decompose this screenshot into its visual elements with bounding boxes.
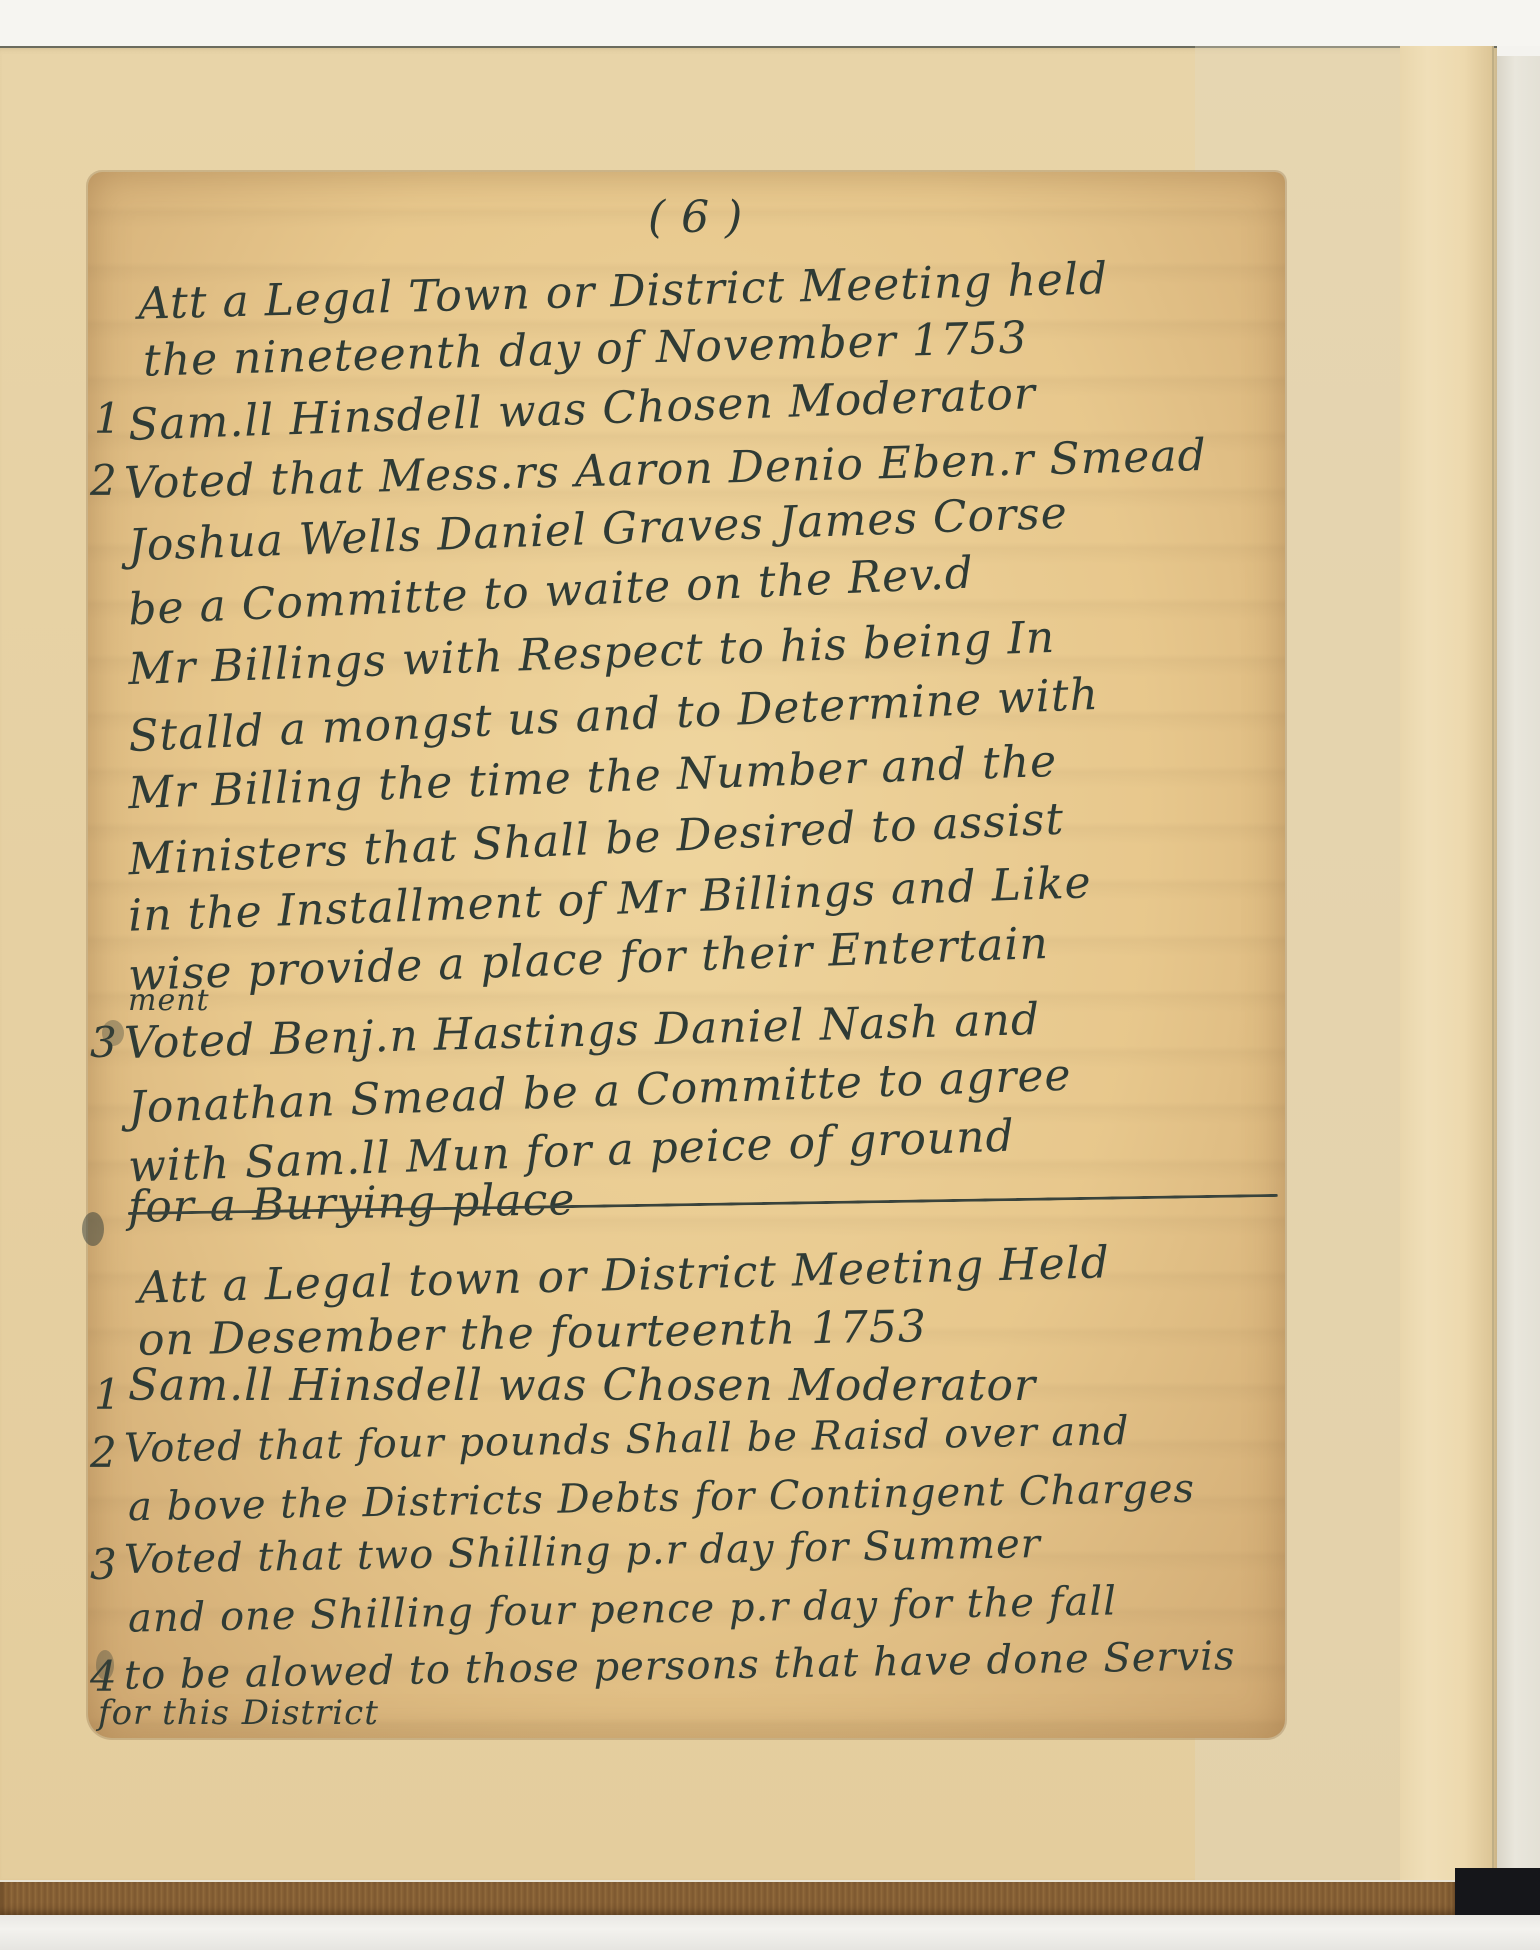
item-line: ment (128, 986, 210, 1016)
scan-background-top (0, 0, 1540, 46)
ink-stain (82, 1212, 104, 1246)
meeting-2-heading-line-1: Att a Legal town or District Meeting Hel… (138, 1241, 1111, 1310)
item-line: and one Shilling four pence p.r day for … (128, 1581, 1118, 1638)
item-line: Voted that four pounds Shall be Raisd ov… (124, 1411, 1130, 1469)
book-cover-edge (0, 1880, 1455, 1918)
adjacent-page-edge (1495, 56, 1540, 1886)
item-line: a bove the Districts Debts for Contingen… (128, 1469, 1196, 1528)
ink-stain (102, 1020, 124, 1046)
item-line: for a Burying place (128, 1178, 576, 1230)
item-number: 2 (90, 1428, 117, 1477)
item-number: 2 (90, 456, 117, 505)
item-line: Voted that two Shilling p.r day for Summ… (124, 1524, 1041, 1580)
item-number: 1 (94, 1370, 121, 1419)
meeting-2-heading-line-2: on Desember the fourteenth 1753 (138, 1305, 928, 1363)
page-number: ( 6 ) (648, 192, 743, 243)
item-line: Sam.ll Hinsdell was Chosen Moderator (128, 372, 1037, 448)
page-gutter-fold (1400, 46, 1494, 1880)
book-cover-corner (1455, 1868, 1540, 1915)
scan-background-bottom (0, 1915, 1540, 1950)
item-line: for this District (98, 1696, 379, 1730)
item-number: 3 (90, 1540, 117, 1589)
item-line: Sam.ll Hinsdell was Chosen Moderator (128, 1364, 1036, 1408)
item-line: to be alowed to those persons that have … (124, 1636, 1236, 1695)
item-number: 1 (94, 394, 121, 443)
ink-stain (96, 1650, 114, 1680)
manuscript-page: ( 6 ) Att a Legal Town or District Meeti… (88, 172, 1285, 1738)
